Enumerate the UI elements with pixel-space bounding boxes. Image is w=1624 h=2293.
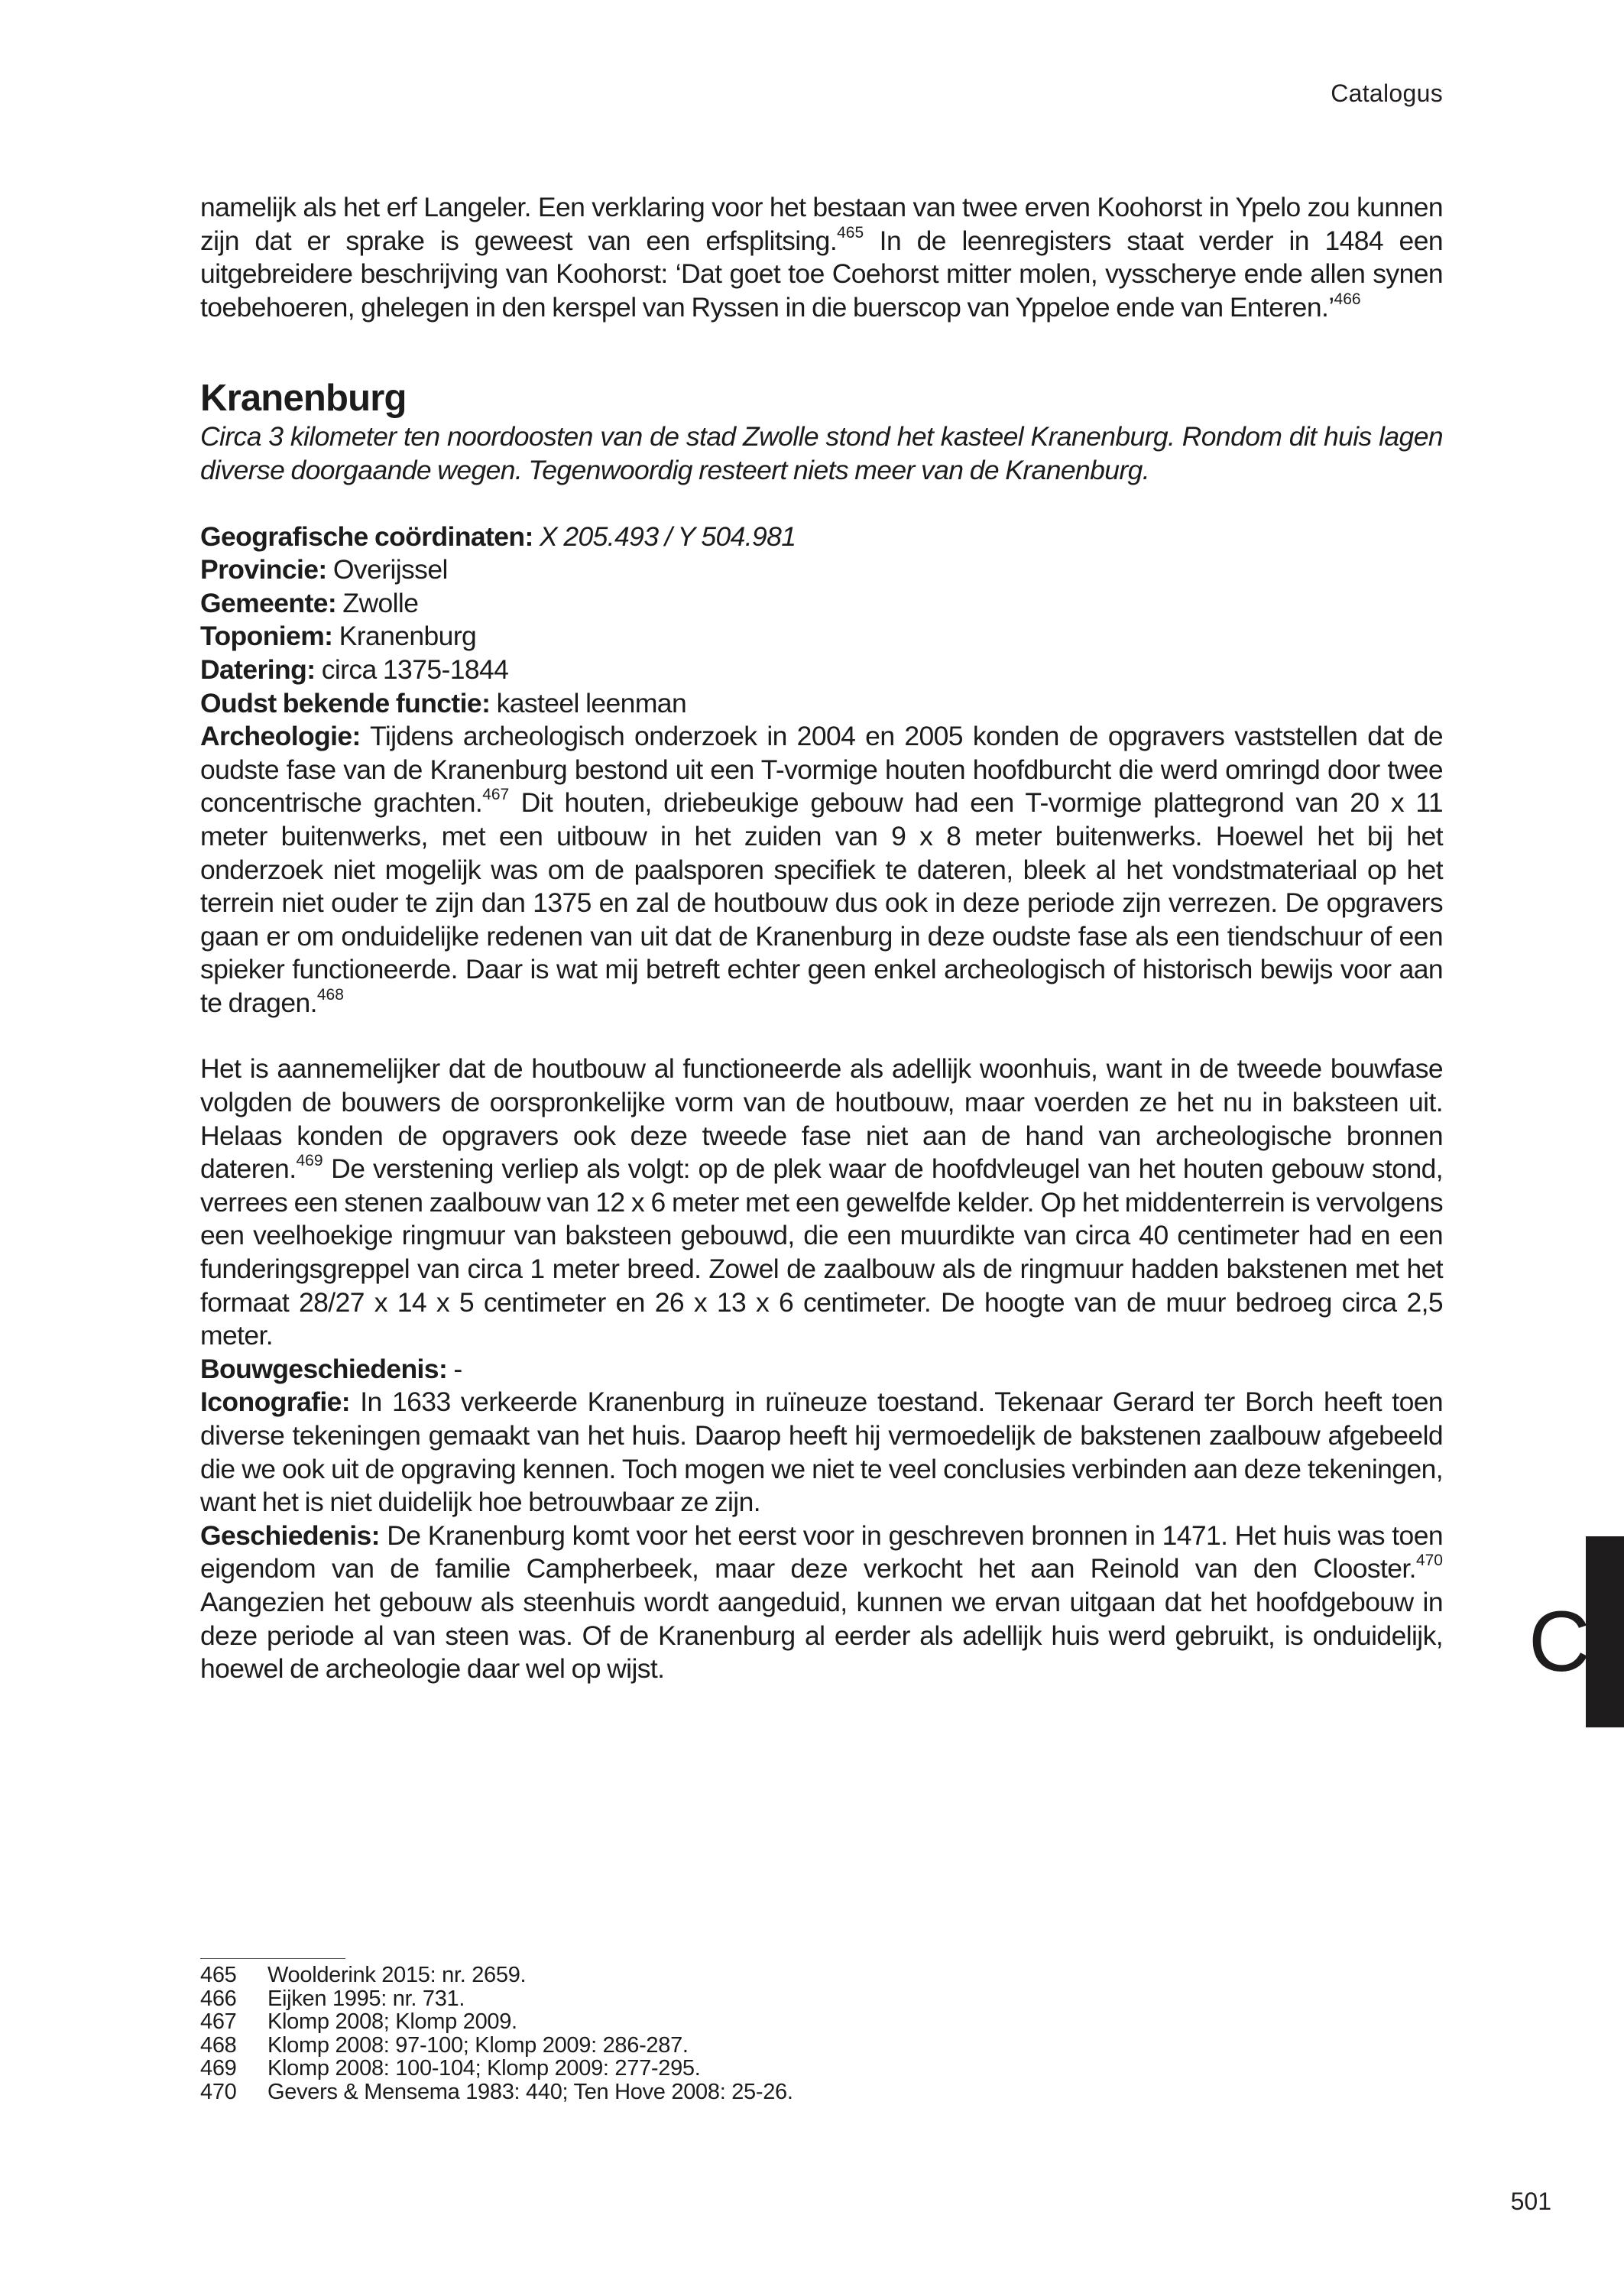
iconography-section: Iconografie: In 1633 verkeerde Kranenbur… bbox=[200, 1386, 1443, 1519]
archaeology-section: Archeologie: Tijdens archeologisch onder… bbox=[200, 720, 1443, 1020]
field-label: Geografische coördinaten: bbox=[200, 521, 533, 552]
main-text-column: namelijk als het erf Langeler. Een verkl… bbox=[200, 191, 1443, 1686]
section-label: Geschiedenis: bbox=[200, 1520, 380, 1551]
field-label: Gemeente: bbox=[200, 588, 336, 618]
building-history-section: Bouwgeschiedenis: - bbox=[200, 1353, 1443, 1387]
footnote-item: 469Klomp 2008: 100-104; Klomp 2009: 277-… bbox=[200, 2057, 1117, 2081]
archaeology-paragraph-2: Het is aannemelijker dat de houtbouw al … bbox=[200, 1052, 1443, 1352]
footnote-text: Gevers & Mensema 1983: 440; Ten Hove 200… bbox=[267, 2081, 793, 2104]
footnote-ref-465[interactable]: 465 bbox=[837, 224, 864, 242]
footnote-ref-468[interactable]: 468 bbox=[317, 986, 344, 1004]
footnote-item: 466Eijken 1995: nr. 731. bbox=[200, 1987, 1117, 2011]
field-value: Zwolle bbox=[342, 588, 418, 618]
footnote-item: 468Klomp 2008: 97-100; Klomp 2009: 286-2… bbox=[200, 2034, 1117, 2058]
field-value: circa 1375-1844 bbox=[322, 654, 509, 685]
field-value: kasteel leenman bbox=[497, 688, 687, 718]
footnote-text: Eijken 1995: nr. 731. bbox=[267, 1987, 465, 2011]
footnote-item: 467Klomp 2008; Klomp 2009. bbox=[200, 2010, 1117, 2034]
footnote-text: Klomp 2008; Klomp 2009. bbox=[267, 2010, 517, 2034]
footnotes: 465Woolderink 2015: nr. 2659. 466Eijken … bbox=[200, 1964, 1117, 2104]
field-label: Provincie: bbox=[200, 554, 327, 585]
footnote-number: 470 bbox=[200, 2081, 267, 2104]
section-label: Archeologie: bbox=[200, 721, 361, 751]
footnote-ref-469[interactable]: 469 bbox=[296, 1152, 323, 1169]
intro-paragraph: namelijk als het erf Langeler. Een verkl… bbox=[200, 191, 1443, 324]
field-label: Datering: bbox=[200, 654, 315, 685]
section-thumb-tab bbox=[1586, 1536, 1624, 1727]
archaeology-p2-text-2: De verstening verliep als volgt: op de p… bbox=[200, 1153, 1443, 1351]
field-value: Kranenburg bbox=[339, 621, 477, 651]
footnote-text: Klomp 2008: 100-104; Klomp 2009: 277-295… bbox=[267, 2057, 701, 2081]
entry-lede: Circa 3 kilometer ten noordoosten van de… bbox=[200, 420, 1443, 487]
section-label: Bouwgeschiedenis: bbox=[200, 1354, 447, 1384]
footnote-number: 468 bbox=[200, 2034, 267, 2058]
footnote-divider bbox=[200, 1958, 345, 1959]
history-text-2: Aangezien het gebouw als steenhuis wordt… bbox=[200, 1587, 1443, 1684]
section-label: Iconografie: bbox=[200, 1387, 350, 1417]
page-number: 501 bbox=[1511, 2188, 1551, 2216]
footnote-text: Klomp 2008: 97-100; Klomp 2009: 286-287. bbox=[267, 2034, 689, 2058]
entry-title: Kranenburg bbox=[200, 376, 1443, 420]
footnote-ref-470[interactable]: 470 bbox=[1416, 1552, 1443, 1569]
field-label: Oudst bekende functie: bbox=[200, 688, 490, 718]
footnote-text: Woolderink 2015: nr. 2659. bbox=[267, 1964, 526, 1987]
footnote-ref-466[interactable]: 466 bbox=[1334, 290, 1361, 308]
field-province: Provincie: Overijssel bbox=[200, 553, 1443, 587]
footnote-number: 467 bbox=[200, 2010, 267, 2034]
field-dating: Datering: circa 1375-1844 bbox=[200, 654, 1443, 687]
field-municipality: Gemeente: Zwolle bbox=[200, 587, 1443, 621]
history-section: Geschiedenis: De Kranenburg komt voor he… bbox=[200, 1519, 1443, 1686]
section-thumb-letter: C bbox=[1528, 1599, 1590, 1685]
footnote-number: 465 bbox=[200, 1964, 267, 1987]
footnote-ref-467[interactable]: 467 bbox=[482, 786, 509, 803]
field-coordinates: Geografische coördinaten: X 205.493 / Y … bbox=[200, 521, 1443, 554]
building-history-text: - bbox=[447, 1354, 462, 1384]
field-label: Toponiem: bbox=[200, 621, 332, 651]
footnote-item: 470Gevers & Mensema 1983: 440; Ten Hove … bbox=[200, 2081, 1117, 2104]
field-function: Oudst bekende functie: kasteel leenman bbox=[200, 687, 1443, 721]
footnote-number: 466 bbox=[200, 1987, 267, 2011]
field-value: Overijssel bbox=[333, 554, 448, 585]
footnote-number: 469 bbox=[200, 2057, 267, 2081]
running-head: Catalogus bbox=[1331, 79, 1443, 108]
archaeology-text-2: Dit houten, driebeukige gebouw had een T… bbox=[200, 787, 1443, 1018]
field-toponym: Toponiem: Kranenburg bbox=[200, 620, 1443, 654]
footnote-item: 465Woolderink 2015: nr. 2659. bbox=[200, 1964, 1117, 1987]
history-text-1: De Kranenburg komt voor het eerst voor i… bbox=[200, 1520, 1443, 1584]
field-value: X 205.493 / Y 504.981 bbox=[540, 521, 796, 552]
iconography-text: In 1633 verkeerde Kranenburg in ruïneuze… bbox=[200, 1387, 1443, 1517]
